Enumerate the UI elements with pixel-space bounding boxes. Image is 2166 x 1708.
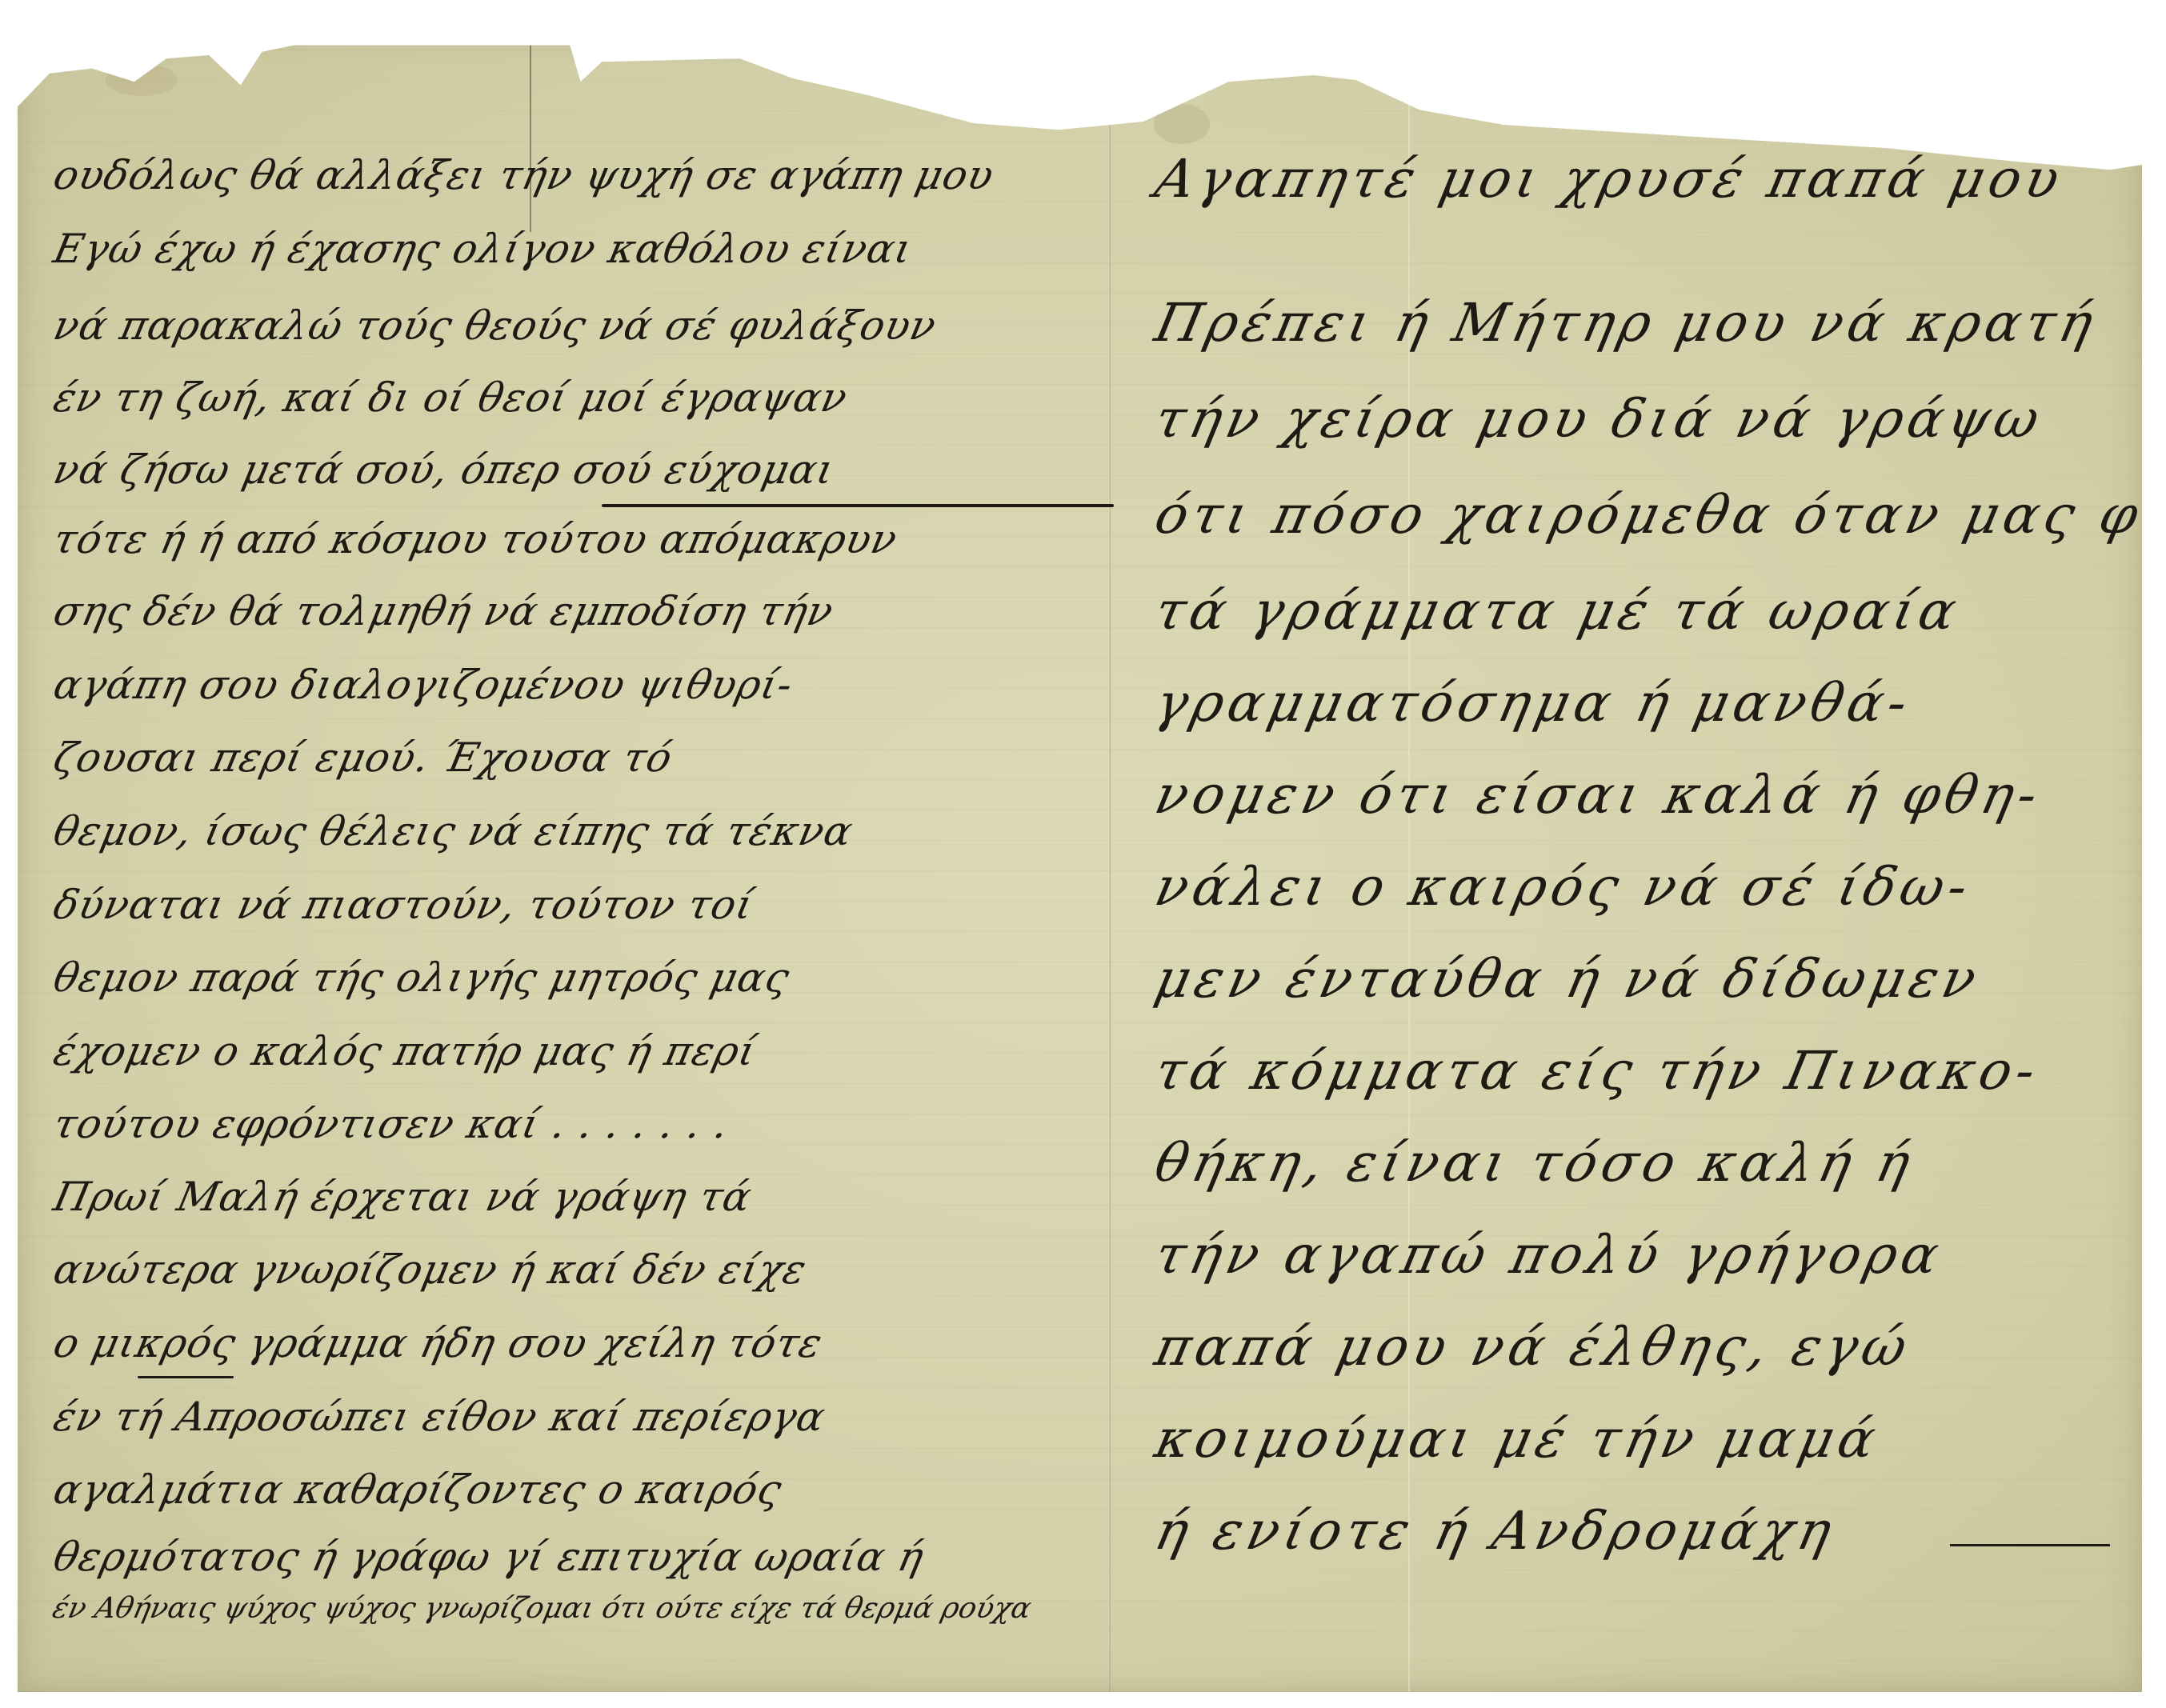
handwritten-line: τήν χείρα μου διά νά γράψω [1150, 388, 2049, 450]
handwritten-line: ότι πόσο χαιρόμεθα όταν μας φθάνουν [1150, 484, 2166, 546]
handwritten-line: αγάπη σου διαλογιζομένου ψιθυρί- [50, 662, 797, 708]
handwritten-line: σης δέν θά τολμηθή νά εμποδίση τήν [50, 588, 838, 634]
paper-stain [1154, 104, 1210, 144]
handwritten-line: κοιμούμαι μέ τήν μαμά [1150, 1408, 1886, 1470]
page-fold-line [1109, 32, 1111, 1692]
handwritten-line: τότε ή ή από κόσμου τούτου απόμακρυν [50, 516, 902, 562]
flourish-mark [1950, 1544, 2110, 1546]
handwritten-line: Πρωί Μαλή έρχεται νά γράψη τά [50, 1174, 756, 1220]
postscript-line: έν Αθήναις ψύχος ψύχος γνωρίζομαι ότι ού… [50, 1592, 1035, 1625]
handwritten-line: ο μικρός γράμμα ήδη σου χείλη τότε [50, 1320, 827, 1366]
handwritten-line: τά γράμματα μέ τά ωραία [1150, 580, 1967, 642]
letter-paper: ουδόλως θά αλλάξει τήν ψυχή σε αγάπη μου… [18, 32, 2142, 1692]
handwritten-line: νά παρακαλώ τούς θεούς νά σέ φυλάξουν [50, 302, 941, 349]
handwritten-line: θεμον παρά τής ολιγής μητρός μας [50, 954, 794, 1001]
handwritten-line: ή ενίοτε ή Ανδρομάχη [1150, 1500, 1842, 1562]
handwritten-line: νά ζήσω μετά σού, όπερ σού εύχομαι [50, 446, 839, 493]
handwritten-line: θεμον, ίσως θέλεις νά είπης τά τέκνα [50, 808, 857, 854]
handwritten-line: τούτου εφρόντισεν καί . . . . . . . [50, 1101, 733, 1147]
salutation-line: Αγαπητέ μοι χρυσέ παπά μου [1150, 148, 2069, 210]
handwritten-line: ζουσαι περί εμού. Έχουσα τό [50, 734, 677, 781]
handwritten-line: γραμματόσημα ή μανθά- [1150, 672, 1918, 734]
handwritten-line: παπά μου νά έλθης, εγώ [1150, 1316, 1917, 1378]
handwritten-line: μεν ένταύθα ή νά δίδωμεν [1150, 948, 1987, 1010]
handwritten-line: Πρέπει ή Μήτηρ μου νά κρατή [1150, 292, 2103, 354]
handwritten-line: έν τη ζωή, καί δι οί θεοί μοί έγραψαν [50, 374, 852, 421]
handwritten-line: νομεν ότι είσαι καλά ή φθη- [1150, 764, 2048, 826]
handwritten-line: τά κόμματα είς τήν Πινακο- [1150, 1040, 2046, 1102]
handwritten-line: θερμότατος ή γράφω γί επιτυχία ωραία ή [50, 1534, 928, 1580]
handwritten-line: Εγώ έχω ή έχασης ολίγον καθόλου είναι [50, 226, 917, 272]
handwritten-line: δύναται νά πιαστούν, τούτον τοί [50, 882, 758, 928]
handwritten-line: θήκη, είναι τόσο καλή ή [1150, 1132, 1920, 1194]
handwritten-line: αγαλμάτια καθαρίζοντες ο καιρός [50, 1466, 787, 1513]
paper-stain [106, 64, 178, 96]
underline-mark [602, 504, 1114, 507]
handwritten-line: έν τή Απροσώπει είθον καί περίεργα [50, 1394, 830, 1440]
underline-mark [138, 1376, 234, 1378]
handwritten-line: τήν αγαπώ πολύ γρήγορα [1150, 1224, 1949, 1286]
handwritten-line: ουδόλως θά αλλάξει τήν ψυχή σε αγάπη μου [50, 152, 999, 198]
handwritten-line: ανώτερα γνωρίζομεν ή καί δέν είχε [50, 1246, 811, 1293]
handwritten-line: έχομεν ο καλός πατήρ μας ή περί [50, 1028, 761, 1074]
handwritten-line: νάλει ο καιρός νά σέ ίδω- [1150, 856, 1978, 918]
paper-tear [530, 32, 531, 232]
